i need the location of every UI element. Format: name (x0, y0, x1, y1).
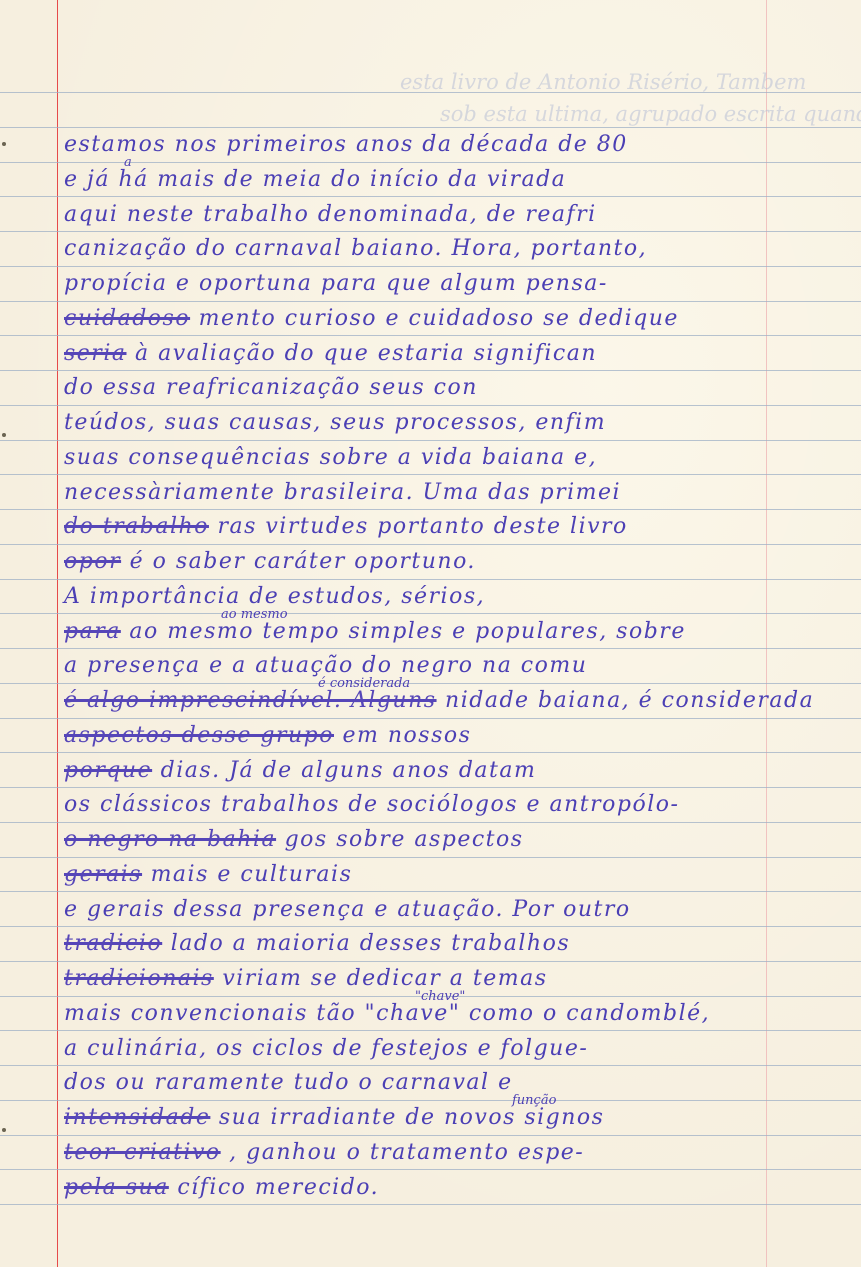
handwritten-line: e já há mais de meia do início da virada (64, 165, 566, 199)
struck-text: para (64, 619, 121, 644)
handwritten-line: teúdos, suas causas, seus processos, enf… (64, 408, 606, 442)
handwritten-line: aspectos desse grupo em nossos (64, 721, 471, 755)
line-text: mais convencionais tão "chave" como o ca… (64, 1001, 710, 1026)
line-text: a culinária, os ciclos de festejos e fol… (64, 1036, 588, 1061)
line-text: os clássicos trabalhos de sociólogos e a… (64, 792, 679, 817)
line-text: é o saber caráter oportuno. (130, 549, 476, 574)
struck-text: opor (64, 549, 121, 574)
handwritten-line: cuidadoso mento curioso e cuidadoso se d… (64, 304, 679, 338)
handwritten-line: seria à avaliação do que estaria signifi… (64, 339, 597, 373)
punch-hole-dot (2, 1128, 6, 1132)
handwritten-line: do trabalho ras virtudes portanto deste … (64, 512, 628, 546)
line-text: em nossos (343, 723, 472, 748)
struck-text: tradicio (64, 931, 162, 956)
interlinear-insertion: "chave" (415, 989, 465, 1004)
line-text: nidade baiana, é considerada (445, 688, 814, 713)
right-margin-line (766, 0, 767, 1267)
line-text: a presença e a atuação do negro na comu (64, 653, 587, 678)
handwritten-line: propícia e oportuna para que algum pensa… (64, 269, 608, 303)
line-text: e gerais dessa presença e atuação. Por o… (64, 897, 631, 922)
punch-hole-dot (2, 142, 6, 146)
struck-text: tradicionais (64, 966, 214, 991)
line-text: viriam se dedicar a temas (222, 966, 547, 991)
line-text: estamos nos primeiros anos da década de … (64, 132, 628, 157)
line-text: gos sobre aspectos (285, 827, 524, 852)
struck-text: do trabalho (64, 514, 209, 539)
struck-text: teor criativo (64, 1140, 221, 1165)
handwritten-line: tradicionais viriam se dedicar a temas (64, 964, 548, 998)
handwritten-line: é algo imprescindível. Alguns nidade bai… (64, 686, 814, 720)
handwritten-line: teor criativo , ganhou o tratamento espe… (64, 1138, 584, 1172)
struck-text: seria (64, 341, 126, 366)
handwritten-line: o negro na bahia gos sobre aspectos (64, 825, 524, 859)
handwritten-line: estamos nos primeiros anos da década de … (64, 130, 628, 164)
handwritten-line: porque dias. Já de alguns anos datam (64, 756, 536, 790)
handwritten-line: tradicio lado a maioria desses trabalhos (64, 929, 570, 963)
interlinear-insertion: função (512, 1093, 556, 1108)
line-text: suas consequências sobre a vida baiana e… (64, 445, 597, 470)
line-text: A importância de estudos, sérios, (64, 584, 485, 609)
line-text: dos ou raramente tudo o carnaval e (64, 1070, 513, 1095)
line-text: canização do carnaval baiano. Hora, port… (64, 236, 647, 261)
line-text: ras virtudes portanto deste livro (217, 514, 627, 539)
struck-text: aspectos desse grupo (64, 723, 334, 748)
struck-text: o negro na bahia (64, 827, 276, 852)
handwritten-line: opor é o saber caráter oportuno. (64, 547, 476, 581)
struck-text: intensidade (64, 1105, 210, 1130)
handwritten-line: gerais mais e culturais (64, 860, 352, 894)
line-text: mento curioso e cuidadoso se dedique (199, 306, 679, 331)
line-text: aqui neste trabalho denominada, de reafr… (64, 202, 597, 227)
struck-text: porque (64, 758, 152, 783)
bleed-through-text: sob esta ultima, agrupado escrita quando (440, 102, 861, 126)
handwritten-line: intensidade sua irradiante de novos sign… (64, 1103, 604, 1137)
struck-text: cuidadoso (64, 306, 190, 331)
struck-text: pela sua (64, 1175, 169, 1200)
handwritten-line: canização do carnaval baiano. Hora, port… (64, 234, 647, 268)
ruled-line (0, 127, 861, 128)
handwritten-line: aqui neste trabalho denominada, de reafr… (64, 200, 597, 234)
line-text: à avaliação do que estaria significan (135, 341, 597, 366)
punch-hole-dot (2, 433, 6, 437)
handwritten-line: do essa reafricanização seus con (64, 373, 478, 407)
line-text: , ganhou o tratamento espe- (229, 1140, 584, 1165)
handwritten-line: os clássicos trabalhos de sociólogos e a… (64, 790, 679, 824)
line-text: propícia e oportuna para que algum pensa… (64, 271, 608, 296)
handwritten-line: pela sua cífico merecido. (64, 1173, 379, 1207)
handwritten-line: mais convencionais tão "chave" como o ca… (64, 999, 710, 1033)
line-text: sua irradiante de novos signos (219, 1105, 605, 1130)
handwritten-line: necessàriamente brasileira. Uma das prim… (64, 478, 621, 512)
interlinear-insertion: a (124, 155, 132, 170)
notebook-page: esta livro de Antonio Risério, Tambem so… (0, 0, 861, 1267)
handwritten-line: e gerais dessa presença e atuação. Por o… (64, 895, 631, 929)
line-text: ao mesmo tempo simples e populares, sobr… (129, 619, 686, 644)
line-text: dias. Já de alguns anos datam (161, 758, 537, 783)
interlinear-insertion: é considerada (318, 676, 410, 691)
interlinear-insertion: ao mesmo (221, 607, 288, 622)
line-text: necessàriamente brasileira. Uma das prim… (64, 480, 621, 505)
struck-text: é algo imprescindível. Alguns (64, 688, 437, 713)
left-margin-line (57, 0, 58, 1267)
handwritten-line: a culinária, os ciclos de festejos e fol… (64, 1034, 588, 1068)
line-text: lado a maioria desses trabalhos (171, 931, 570, 956)
line-text: cífico merecido. (177, 1175, 379, 1200)
bleed-through-text: esta livro de Antonio Risério, Tambem (400, 70, 806, 94)
line-text: do essa reafricanização seus con (64, 375, 478, 400)
struck-text: gerais (64, 862, 142, 887)
line-text: teúdos, suas causas, seus processos, enf… (64, 410, 606, 435)
line-text: mais e culturais (151, 862, 353, 887)
handwritten-line: para ao mesmo tempo simples e populares,… (64, 617, 686, 651)
handwritten-line: dos ou raramente tudo o carnaval e (64, 1068, 513, 1102)
line-text: e já há mais de meia do início da virada (64, 167, 566, 192)
handwritten-line: suas consequências sobre a vida baiana e… (64, 443, 597, 477)
